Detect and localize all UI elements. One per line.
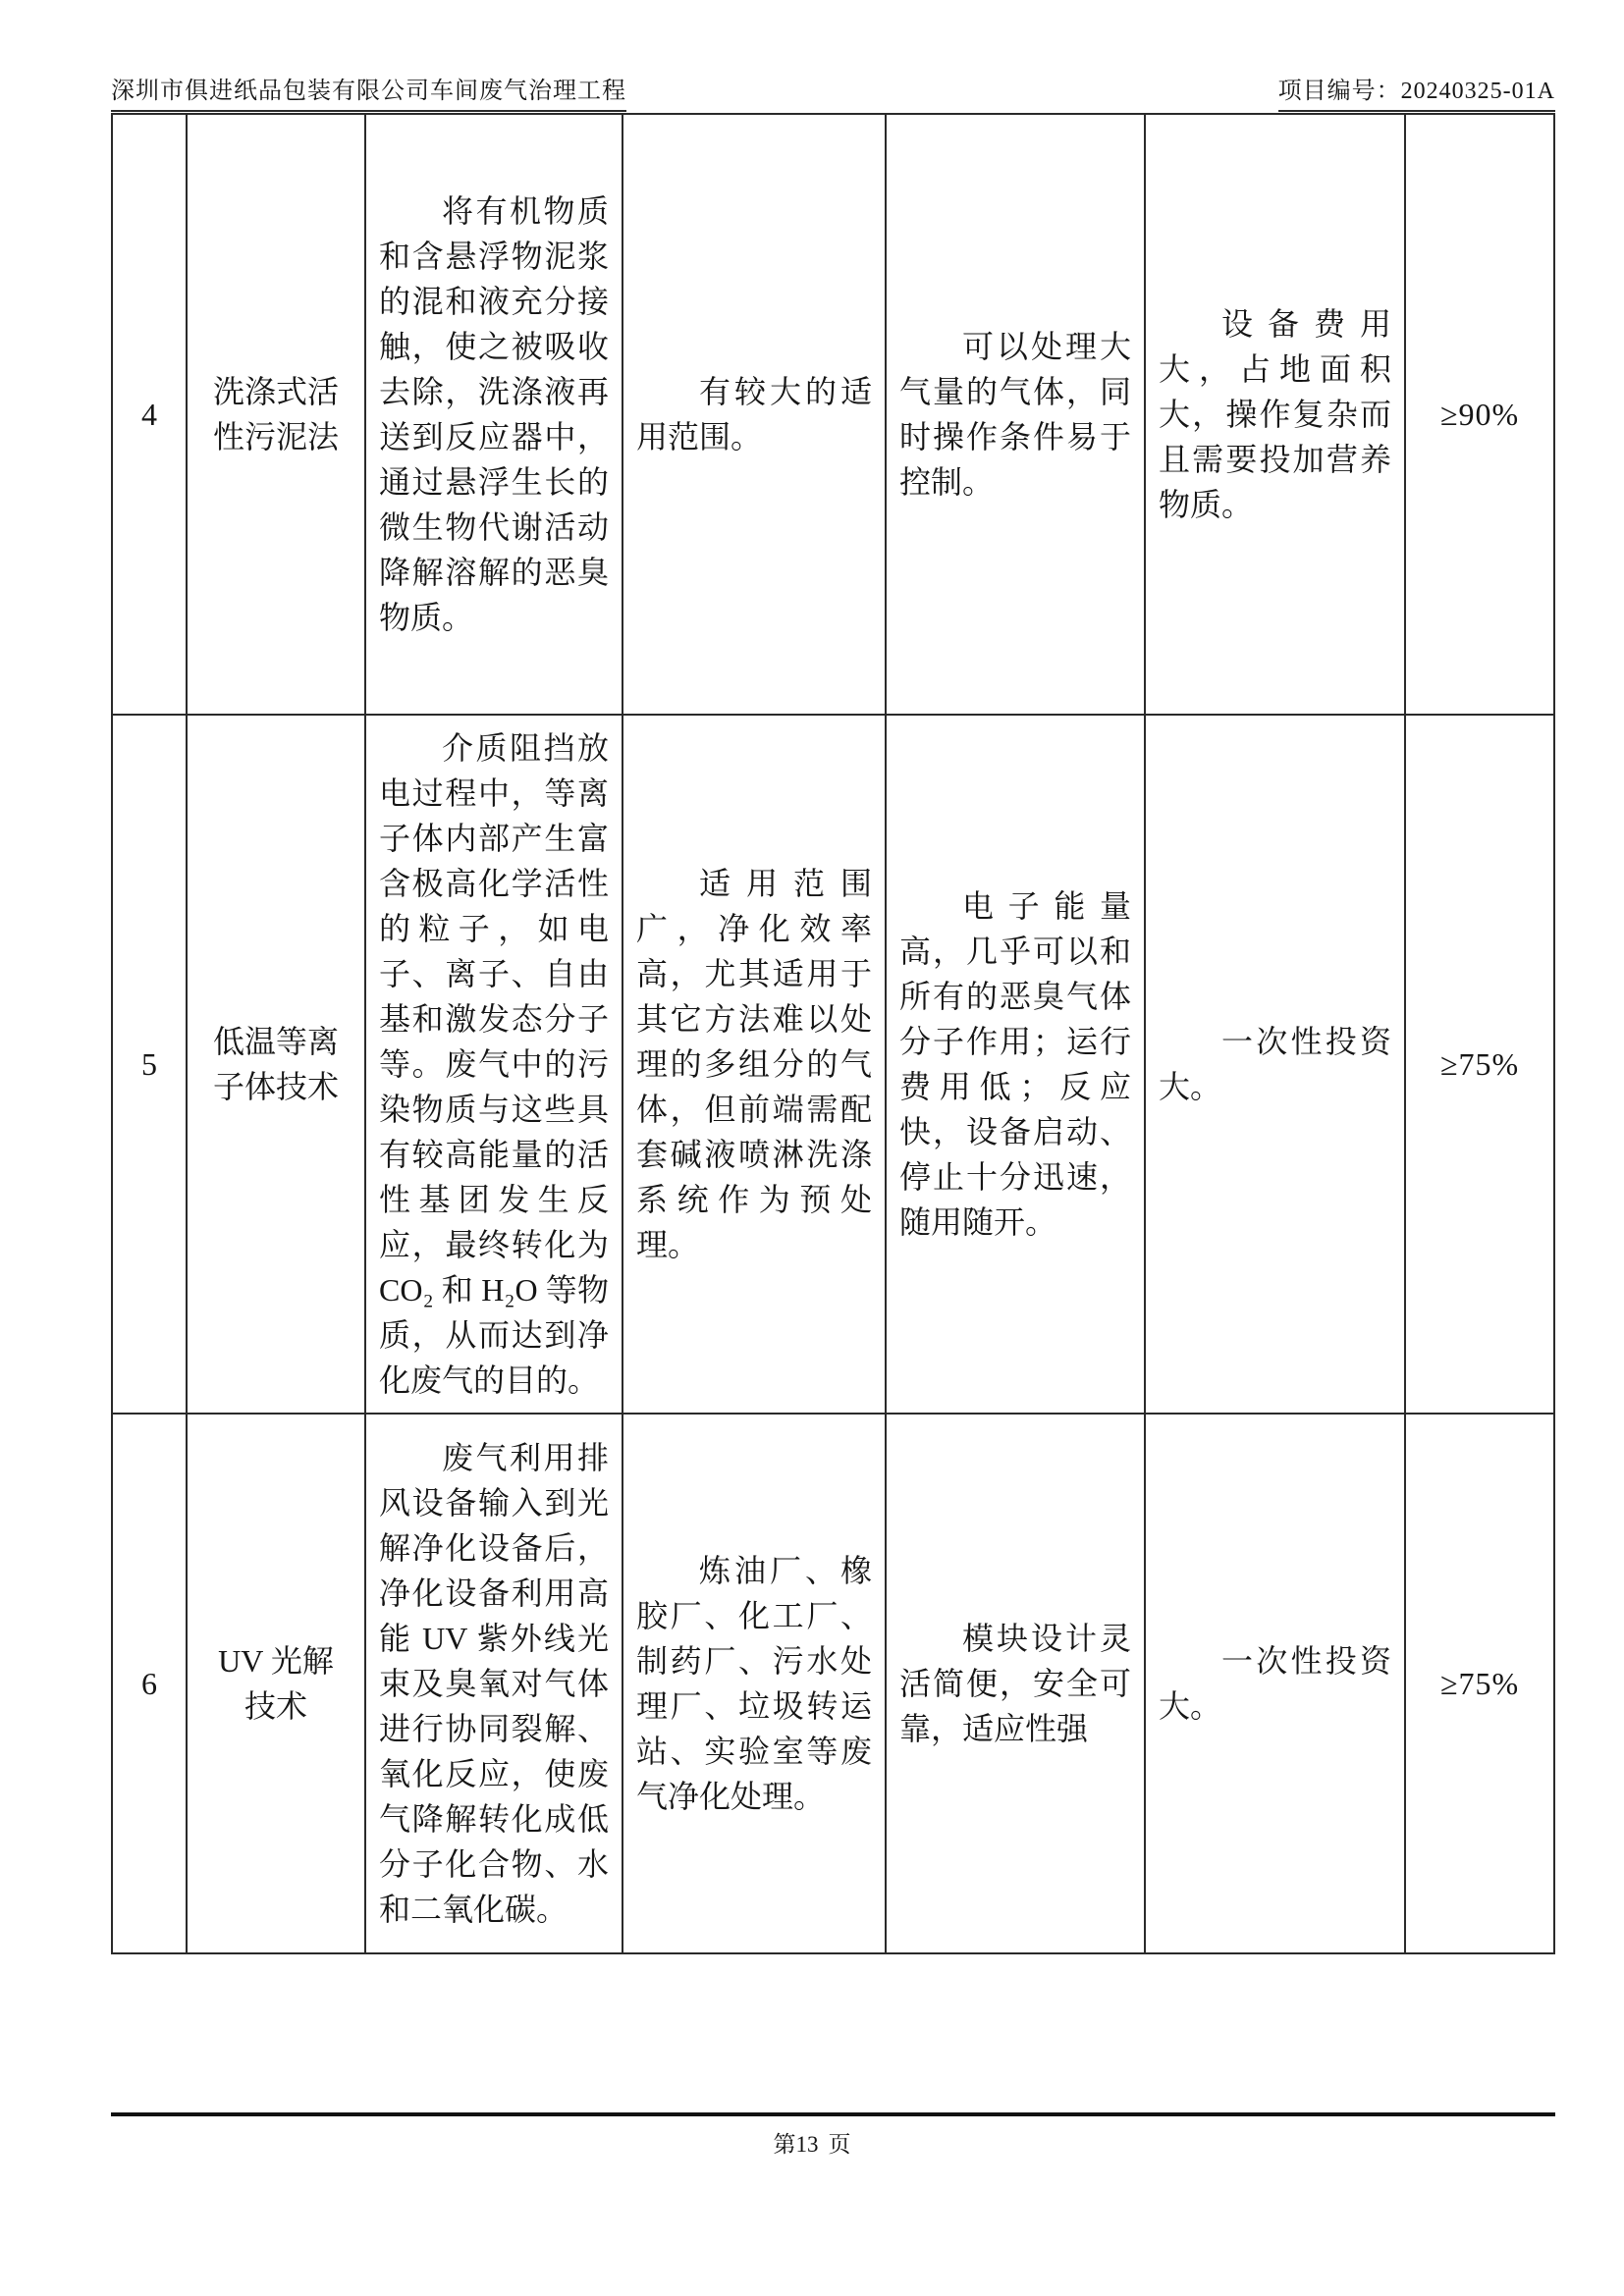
treatment-methods-table: 4 洗涤式活性污泥法 将有机物质和含悬浮物泥浆的混和液充分接触，使之被吸收去除，…	[111, 113, 1555, 1954]
row-number-cell: 6	[112, 1414, 187, 1953]
principle-cell: 将有机物质和含悬浮物泥浆的混和液充分接触，使之被吸收去除，洗涤液再送到反应器中，…	[365, 114, 623, 715]
technology-name-cell: 低温等离子体技术	[187, 715, 365, 1414]
page-number-label: 第13页	[0, 2126, 1624, 2159]
principle-text: 废气利用排风设备输入到光解净化设备后，净化设备利用高能 UV 紫外线光束及臭氧对…	[379, 1435, 609, 1932]
principle-cell: 介质阻挡放电过程中，等离子体内部产生富含极高化学活性的粒子，如电子、离子、自由基…	[365, 715, 623, 1414]
principle-cell: 废气利用排风设备输入到光解净化设备后，净化设备利用高能 UV 紫外线光束及臭氧对…	[365, 1414, 623, 1953]
efficiency-cell: ≥75%	[1405, 1414, 1554, 1953]
advantages-text: 可以处理大气量的气体，同时操作条件易于控制。	[899, 324, 1131, 505]
disadvantages-cell: 一次性投资大。	[1145, 715, 1405, 1414]
technology-name-cell: 洗涤式活性污泥法	[187, 114, 365, 715]
page-header: 深圳市俱进纸品包装有限公司车间废气治理工程 项目编号：20240325-01A	[111, 77, 1555, 112]
project-number: 项目编号：20240325-01A	[1278, 77, 1555, 112]
advantages-cell: 可以处理大气量的气体，同时操作条件易于控制。	[886, 114, 1145, 715]
applicable-scope-text: 炼油厂、橡胶厂、化工厂、制药厂、污水处理厂、垃圾转运站、实验室等废气净化处理。	[636, 1548, 872, 1819]
disadvantages-cell: 一次性投资大。	[1145, 1414, 1405, 1953]
technology-name-cell: UV 光解技术	[187, 1414, 365, 1953]
advantages-text: 电子能量高，几乎可以和所有的恶臭气体分子作用；运行费用低；反应快，设备启动、停止…	[899, 883, 1131, 1245]
disadvantages-text: 一次性投资大。	[1159, 1019, 1391, 1109]
page-number-prefix: 第	[774, 2132, 796, 2157]
footer-divider	[111, 2112, 1555, 2116]
applicable-scope-cell: 炼油厂、橡胶厂、化工厂、制药厂、污水处理厂、垃圾转运站、实验室等废气净化处理。	[623, 1414, 886, 1953]
disadvantages-text: 一次性投资大。	[1159, 1638, 1391, 1729]
advantages-cell: 电子能量高，几乎可以和所有的恶臭气体分子作用；运行费用低；反应快，设备启动、停止…	[886, 715, 1145, 1414]
advantages-cell: 模块设计灵活简便，安全可靠，适应性强	[886, 1414, 1145, 1953]
applicable-scope-cell: 适用范围广，净化效率高，尤其适用于其它方法难以处理的多组分的气体，但前端需配套碱…	[623, 715, 886, 1414]
table-row: 5 低温等离子体技术 介质阻挡放电过程中，等离子体内部产生富含极高化学活性的粒子…	[112, 715, 1554, 1414]
page-number-suffix: 页	[829, 2132, 851, 2157]
row-number-cell: 5	[112, 715, 187, 1414]
principle-text: 介质阻挡放电过程中，等离子体内部产生富含极高化学活性的粒子，如电子、离子、自由基…	[379, 725, 609, 1403]
table-row: 4 洗涤式活性污泥法 将有机物质和含悬浮物泥浆的混和液充分接触，使之被吸收去除，…	[112, 114, 1554, 715]
applicable-scope-text: 适用范围广，净化效率高，尤其适用于其它方法难以处理的多组分的气体，但前端需配套碱…	[636, 861, 872, 1267]
applicable-scope-text: 有较大的适用范围。	[636, 369, 872, 459]
page-number: 13	[796, 2132, 819, 2157]
table-row: 6 UV 光解技术 废气利用排风设备输入到光解净化设备后，净化设备利用高能 UV…	[112, 1414, 1554, 1953]
principle-text: 将有机物质和含悬浮物泥浆的混和液充分接触，使之被吸收去除，洗涤液再送到反应器中，…	[379, 188, 609, 640]
applicable-scope-cell: 有较大的适用范围。	[623, 114, 886, 715]
disadvantages-cell: 设备费用大，占地面积大，操作复杂而且需要投加营养物质。	[1145, 114, 1405, 715]
advantages-text: 模块设计灵活简便，安全可靠，适应性强	[899, 1616, 1131, 1751]
row-number-cell: 4	[112, 114, 187, 715]
efficiency-cell: ≥90%	[1405, 114, 1554, 715]
efficiency-cell: ≥75%	[1405, 715, 1554, 1414]
document-page: 深圳市俱进纸品包装有限公司车间废气治理工程 项目编号：20240325-01A …	[0, 0, 1624, 2296]
disadvantages-text: 设备费用大，占地面积大，操作复杂而且需要投加营养物质。	[1159, 301, 1391, 527]
document-title: 深圳市俱进纸品包装有限公司车间废气治理工程	[111, 77, 626, 112]
